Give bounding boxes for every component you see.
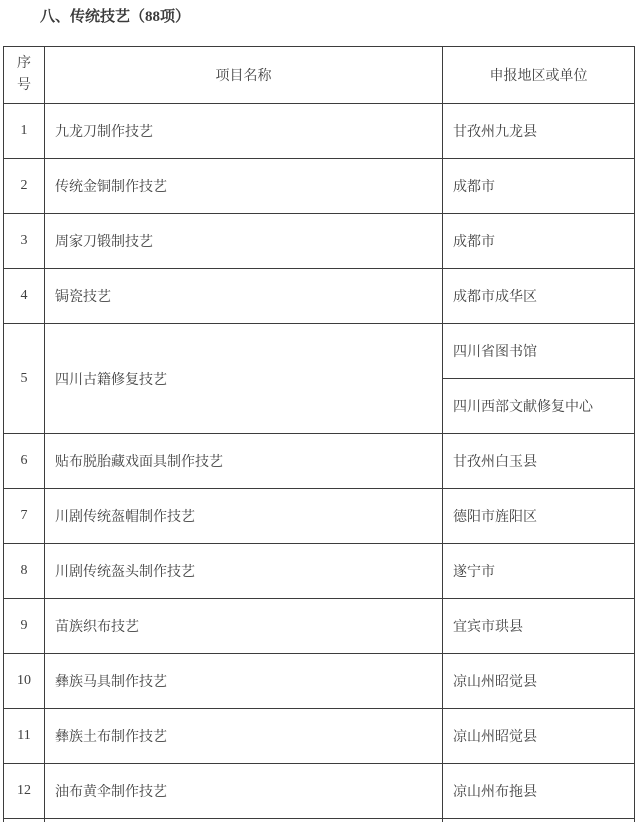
row-number-cell: 1 [4, 104, 45, 159]
section-title: 八、传统技艺（88项） [40, 8, 640, 26]
table-row: 3 周家刀锻制技艺 成都市 [4, 214, 635, 269]
unit-cell [443, 819, 635, 822]
project-name-cell: 彝族土布制作技艺 [45, 709, 443, 764]
project-name-cell: 川剧传统盔头制作技艺 [45, 544, 443, 599]
document-page: 八、传统技艺（88项） 序号 项目名称 申报地区或单位 1 九龙刀制作技艺 甘孜… [0, 0, 640, 822]
unit-cell: 遂宁市 [443, 544, 635, 599]
row-number-cell: 11 [4, 709, 45, 764]
unit-cell: 甘孜州白玉县 [443, 434, 635, 489]
header-serial-number: 序号 [4, 47, 45, 104]
unit-cell: 成都市 [443, 214, 635, 269]
unit-cell: 德阳市旌阳区 [443, 489, 635, 544]
project-name-cell: 贴布脱胎藏戏面具制作技艺 [45, 434, 443, 489]
row-number-cell: 7 [4, 489, 45, 544]
header-declaring-unit: 申报地区或单位 [443, 47, 635, 104]
row-number-cell [4, 819, 45, 822]
table-row-partial [4, 819, 635, 822]
table-row: 4 锔瓷技艺 成都市成华区 [4, 269, 635, 324]
unit-cell: 凉山州昭觉县 [443, 709, 635, 764]
project-name-cell: 传统金铜制作技艺 [45, 159, 443, 214]
table-row: 2 传统金铜制作技艺 成都市 [4, 159, 635, 214]
unit-cell: 成都市 [443, 159, 635, 214]
project-name-cell: 锔瓷技艺 [45, 269, 443, 324]
project-name-cell: 九龙刀制作技艺 [45, 104, 443, 159]
project-name-cell: 油布黄伞制作技艺 [45, 764, 443, 819]
unit-cell: 宜宾市珙县 [443, 599, 635, 654]
table-row: 7 川剧传统盔帽制作技艺 德阳市旌阳区 [4, 489, 635, 544]
row-number-cell: 8 [4, 544, 45, 599]
table-row: 5 四川古籍修复技艺 四川省图书馆 [4, 324, 635, 379]
row-number-cell: 10 [4, 654, 45, 709]
project-name-cell: 苗族织布技艺 [45, 599, 443, 654]
row-number-cell: 2 [4, 159, 45, 214]
table-row: 12 油布黄伞制作技艺 凉山州布拖县 [4, 764, 635, 819]
unit-cell: 凉山州昭觉县 [443, 654, 635, 709]
unit-cell: 四川西部文献修复中心 [443, 379, 635, 434]
crafts-table: 序号 项目名称 申报地区或单位 1 九龙刀制作技艺 甘孜州九龙县 2 传统金铜制… [3, 46, 635, 822]
table-row: 10 彝族马具制作技艺 凉山州昭觉县 [4, 654, 635, 709]
row-number-cell: 3 [4, 214, 45, 269]
row-number-cell: 6 [4, 434, 45, 489]
project-name-cell: 彝族马具制作技艺 [45, 654, 443, 709]
project-name-cell: 四川古籍修复技艺 [45, 324, 443, 434]
row-number-cell: 5 [4, 324, 45, 434]
unit-cell: 凉山州布拖县 [443, 764, 635, 819]
row-number-cell: 12 [4, 764, 45, 819]
table-row: 1 九龙刀制作技艺 甘孜州九龙县 [4, 104, 635, 159]
table-header-row: 序号 项目名称 申报地区或单位 [4, 47, 635, 104]
project-name-cell [45, 819, 443, 822]
header-project-name: 项目名称 [45, 47, 443, 104]
table-row: 8 川剧传统盔头制作技艺 遂宁市 [4, 544, 635, 599]
table-row: 11 彝族土布制作技艺 凉山州昭觉县 [4, 709, 635, 764]
row-number-cell: 4 [4, 269, 45, 324]
row-number-cell: 9 [4, 599, 45, 654]
unit-cell: 四川省图书馆 [443, 324, 635, 379]
project-name-cell: 川剧传统盔帽制作技艺 [45, 489, 443, 544]
project-name-cell: 周家刀锻制技艺 [45, 214, 443, 269]
unit-cell: 成都市成华区 [443, 269, 635, 324]
table-row: 6 贴布脱胎藏戏面具制作技艺 甘孜州白玉县 [4, 434, 635, 489]
table-row: 9 苗族织布技艺 宜宾市珙县 [4, 599, 635, 654]
unit-cell: 甘孜州九龙县 [443, 104, 635, 159]
